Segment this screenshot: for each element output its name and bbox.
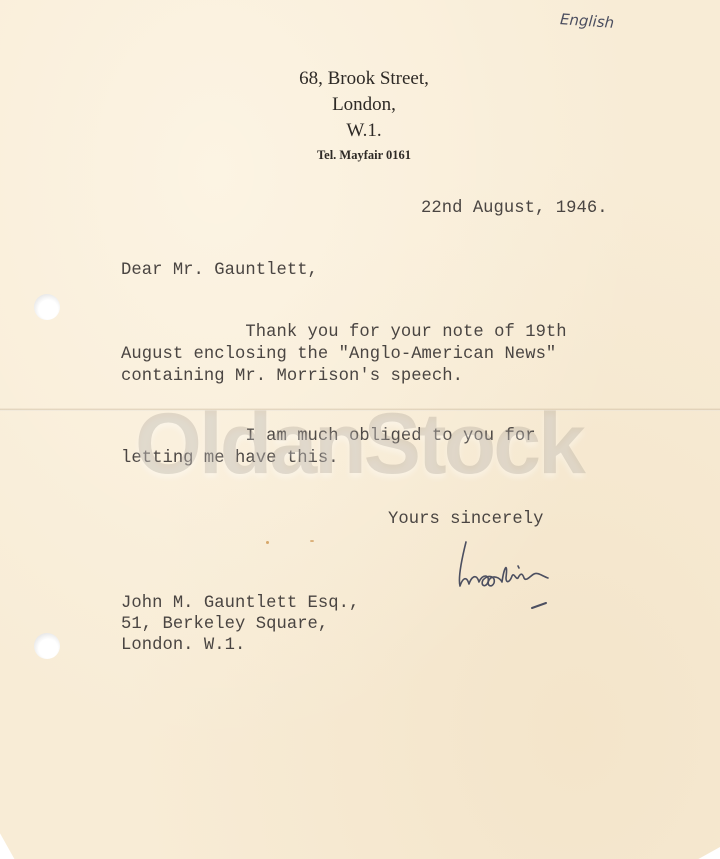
paper-stain [310, 540, 314, 542]
punch-hole-bottom [34, 633, 60, 659]
letterhead-telephone: Tel. Mayfair 0161 [0, 148, 720, 163]
paragraph-2-line-2: letting me have this. [121, 449, 339, 468]
paragraph-1-line-1: Thank you for your note of 19th [121, 323, 567, 342]
punch-hole-top [34, 294, 60, 320]
letterhead-street: 68, Brook Street, [0, 68, 720, 90]
handwritten-note-english: English [559, 10, 614, 32]
recipient-address-line-1: 51, Berkeley Square, [121, 615, 328, 634]
letterhead-city: London, [0, 94, 720, 116]
paper-stain [266, 541, 269, 544]
recipient-name: John M. Gauntlett Esq., [121, 594, 359, 613]
paragraph-1-line-2: August enclosing the "Anglo-American New… [121, 345, 556, 364]
letter-paper: English 68, Brook Street, London, W.1. T… [0, 0, 720, 859]
paragraph-1-line-3: containing Mr. Morrison's speech. [121, 367, 463, 386]
recipient-address-line-2: London. W.1. [121, 636, 245, 655]
letterhead-postcode: W.1. [0, 120, 720, 142]
signature-icon [452, 538, 572, 610]
paper-fold-crease [0, 408, 720, 411]
salutation: Dear Mr. Gauntlett, [121, 261, 318, 280]
paragraph-2-line-1: I am much obliged to you for [121, 427, 536, 446]
letter-date: 22nd August, 1946. [421, 199, 608, 218]
closing: Yours sincerely [388, 510, 543, 529]
